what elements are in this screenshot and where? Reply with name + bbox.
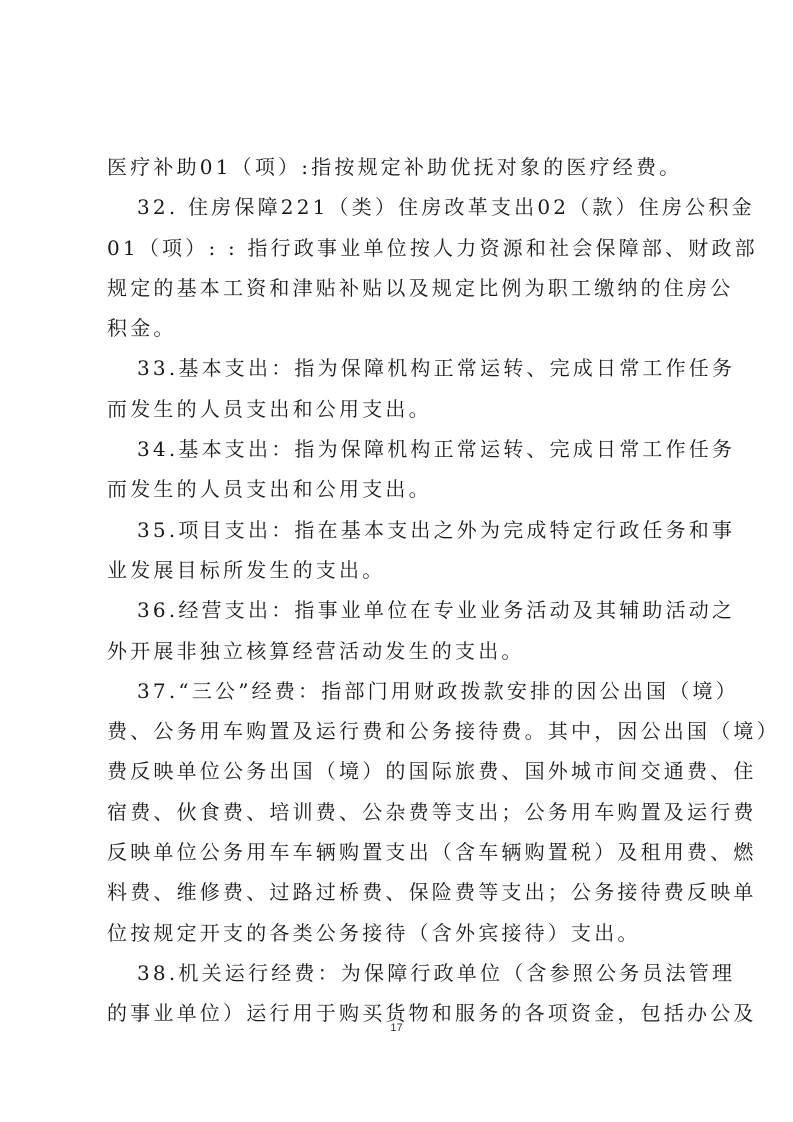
text-line-1: 医疗补助01（项）:指按规定补助优抚对象的医疗经费。: [107, 147, 689, 187]
item-32-line-3: 规定的基本工资和津贴补贴以及规定比例为职工缴纳的住房公: [107, 268, 689, 308]
item-33-line-2: 而发生的人员支出和公用支出。: [107, 389, 689, 429]
item-34-line-1: 34.基本支出：指为保障机构正常运转、完成日常工作任务: [107, 429, 689, 469]
item-37-line-6: 料费、维修费、过路过桥费、保险费等支出；公务接待费反映单: [107, 872, 689, 912]
item-35-line-2: 业发展目标所发生的支出。: [107, 550, 689, 590]
item-36-line-2: 外开展非独立核算经营活动发生的支出。: [107, 631, 689, 671]
item-35-line-1: 35.项目支出：指在基本支出之外为完成特定行政任务和事: [107, 510, 689, 550]
item-33-line-1: 33.基本支出：指为保障机构正常运转、完成日常工作任务: [107, 348, 689, 388]
item-36-line-1: 36.经营支出：指事业单位在专业业务活动及其辅助活动之: [107, 590, 689, 630]
item-32-line-4: 积金。: [107, 308, 689, 348]
item-34-line-2: 而发生的人员支出和公用支出。: [107, 469, 689, 509]
item-32-line-2: 01（项）: : 指行政事业单位按人力资源和社会保障部、财政部: [107, 228, 689, 268]
document-page: 医疗补助01（项）:指按规定补助优抚对象的医疗经费。 32. 住房保障221（类…: [0, 0, 793, 1122]
item-37-line-4: 宿费、伙食费、培训费、公杂费等支出；公务用车购置及运行费: [107, 792, 689, 832]
item-37-line-5: 反映单位公务用车车辆购置支出（含车辆购置税）及租用费、燃: [107, 832, 689, 872]
item-37-line-3: 费反映单位公务出国（境）的国际旅费、国外城市间交通费、住: [107, 751, 689, 791]
item-37-line-1: 37.“三公”经费：指部门用财政拨款安排的因公出国（境）: [107, 671, 689, 711]
item-37-line-2: 费、公务用车购置及运行费和公务接待费。其中，因公出国（境）: [107, 711, 689, 751]
page-number: 17: [0, 1022, 793, 1034]
body-text: 医疗补助01（项）:指按规定补助优抚对象的医疗经费。 32. 住房保障221（类…: [107, 147, 689, 1034]
item-37-line-7: 位按规定开支的各类公务接待（含外宾接待）支出。: [107, 913, 689, 953]
item-38-line-1: 38.机关运行经费：为保障行政单位（含参照公务员法管理: [107, 953, 689, 993]
item-32-line-1: 32. 住房保障221（类）住房改革支出02（款）住房公积金: [107, 187, 689, 227]
